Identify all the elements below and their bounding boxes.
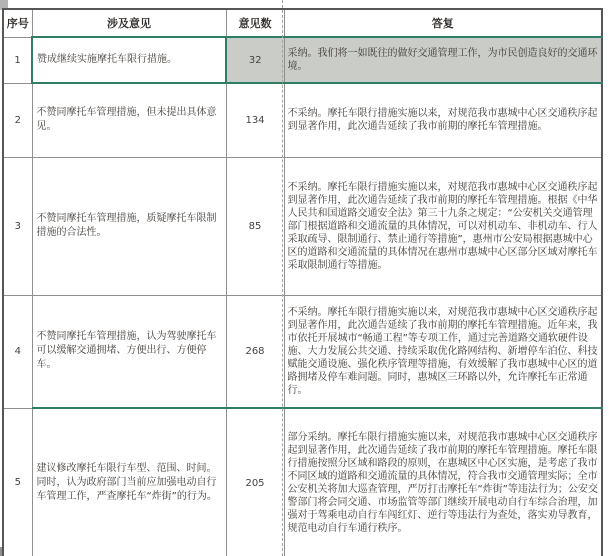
header-no: 序号 — [3, 9, 32, 37]
spreadsheet-view: 序号 涉及意见 意见数 答复 1 赞成继续实施摩托车限行措施。 32 采纳。我们… — [0, 0, 609, 556]
row4-opinion-cell[interactable]: 不赞同摩托车管理措施，认为驾驶摩托车可以缓解交通拥堵、方便出行、方便停车。 — [32, 295, 226, 408]
row4-no-cell[interactable]: 4 — [3, 295, 32, 408]
row2-opinion-cell[interactable]: 不赞同摩托车管理措施，但未提出具体意见。 — [32, 83, 226, 157]
table-row-2: 2 不赞同摩托车管理措施，但未提出具体意见。 134 不采纳。摩托车限行措施实施… — [3, 83, 602, 157]
table-row-1: 1 赞成继续实施摩托车限行措施。 32 采纳。我们将一如既往的做好交通管理工作，… — [3, 37, 602, 83]
table-row-3: 3 不赞同摩托车管理措施，质疑摩托车限制措施的合法性。 85 不采纳。摩托车限行… — [3, 157, 602, 295]
row2-no-cell[interactable]: 2 — [3, 83, 32, 157]
row1-opinion-cell-selected[interactable]: 赞成继续实施摩托车限行措施。 — [32, 37, 226, 83]
row2-count-cell[interactable]: 134 — [226, 83, 284, 157]
row3-count-cell[interactable]: 85 — [226, 157, 284, 295]
row1-no-cell[interactable]: 1 — [3, 37, 32, 83]
row5-count-cell[interactable]: 205 — [226, 408, 284, 556]
row5-reply-cell[interactable]: 部分采纳。摩托车限行措施实施以来，对规范我市惠城中心区交通秩序起到显著作用，此次… — [284, 408, 602, 556]
table-row-5: 5 建议修改摩托车限行车型、范围、时间。同时，认为政府部门当前应加强电动自行车管… — [3, 408, 602, 556]
row1-count-cell[interactable]: 32 — [226, 37, 284, 83]
row2-reply-cell[interactable]: 不采纳。摩托车限行措施实施以来，对规范我市惠城中心区交通秩序起到显著作用，此次通… — [284, 83, 602, 157]
row5-opinion-cell[interactable]: 建议修改摩托车限行车型、范围、时间。同时，认为政府部门当前应加强电动自行车管理工… — [32, 408, 226, 556]
header-row: 序号 涉及意见 意见数 答复 — [3, 9, 602, 37]
header-count: 意见数 — [226, 9, 284, 37]
row4-count-cell[interactable]: 268 — [226, 295, 284, 408]
row1-reply-cell[interactable]: 采纳。我们将一如既往的做好交通管理工作，为市民创造良好的交通环境。 — [284, 37, 602, 83]
table-row-4: 4 不赞同摩托车管理措施，认为驾驶摩托车可以缓解交通拥堵、方便出行、方便停车。 … — [3, 295, 602, 408]
row5-no-cell[interactable]: 5 — [3, 408, 32, 556]
header-opinion: 涉及意见 — [32, 9, 226, 37]
row3-opinion-cell[interactable]: 不赞同摩托车管理措施，质疑摩托车限制措施的合法性。 — [32, 157, 226, 295]
header-reply: 答复 — [284, 9, 602, 37]
row3-no-cell[interactable]: 3 — [3, 157, 32, 295]
row4-reply-cell[interactable]: 不采纳。摩托车限行措施实施以来，对规范我市惠城中心区交通秩序起到显著作用，此次通… — [284, 295, 602, 408]
row3-reply-cell[interactable]: 不采纳。摩托车限行措施实施以来，对规范我市惠城中心区交通秩序起到显著作用，此次通… — [284, 157, 602, 295]
opinions-reply-table: 序号 涉及意见 意见数 答复 1 赞成继续实施摩托车限行措施。 32 采纳。我们… — [2, 8, 603, 556]
